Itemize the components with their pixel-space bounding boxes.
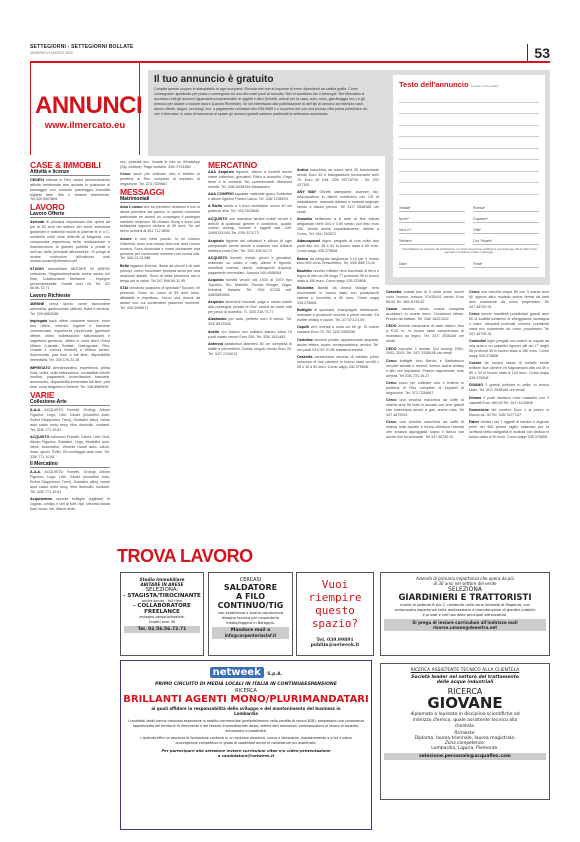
field-citta[interactable]: Città* bbox=[473, 223, 539, 234]
column-4: Antica macchina da cucire anni 30 funzio… bbox=[297, 168, 379, 372]
classified-ad: Faber Johann set 7 oggetti di bambù e ar… bbox=[469, 420, 549, 440]
classified-ad: Bottiglie di spumanti, champagne, lambru… bbox=[297, 308, 379, 323]
classified-ad: Cartoline vecchie privato appassionato a… bbox=[297, 338, 379, 353]
classified-ad: Cerco bottiglie vino Barolo e Barbaresco… bbox=[386, 359, 464, 379]
section-title: VARIE bbox=[30, 393, 110, 398]
subsection-title: Attività e licenze bbox=[30, 170, 110, 176]
text-line[interactable] bbox=[399, 126, 539, 138]
classified-ad: Comodini legni pregiati con marmi la cop… bbox=[469, 339, 549, 359]
classified-ad: Cerco una vecchia macchina da caffè di o… bbox=[386, 398, 464, 418]
field-data[interactable]: Data* bbox=[399, 257, 465, 268]
classified-ad: Amo L'uomo che sa prendere decisioni e n… bbox=[120, 205, 200, 234]
section-title: LAVORO bbox=[30, 205, 110, 210]
classified-ad: Cerco socio per coltivare orto e fruttet… bbox=[120, 172, 200, 187]
classified-ad: ACQUISTO fumetti, riviste, giochi e gioc… bbox=[208, 256, 292, 276]
classified-ad: Alzabimbo per auto, perfetto euro 8 vend… bbox=[208, 317, 292, 327]
classified-ad: Amore è una bella parola. Io mi chiamo G… bbox=[120, 237, 200, 262]
text-line[interactable] bbox=[399, 114, 539, 126]
classified-ad: Acquisto strumenti musicali, pago e valu… bbox=[208, 300, 292, 315]
classified-ad: 46ENNE cerca lavoro come banconiere salu… bbox=[30, 302, 110, 317]
field-cod-fiscale[interactable]: Cod. Fiscale* bbox=[473, 234, 539, 245]
text-line[interactable] bbox=[399, 160, 539, 172]
classified-ad: Bauletto vecchio militare nero borchiato… bbox=[297, 269, 379, 284]
ad-acquaflex: RICERCA ASSISTENTE TECNICO ALLA CLIENTEL… bbox=[380, 663, 550, 800]
form-fields-bottom: Data* Firma* bbox=[399, 257, 539, 268]
field-rubrica[interactable]: Rubrica* bbox=[473, 201, 539, 212]
classified-ad: STAI cercando qualcuno di speciale? Ecco… bbox=[120, 286, 200, 311]
ad-email[interactable]: selezione.personale@acquaflex.com bbox=[384, 753, 546, 760]
classified-ad: Antica macchina da cucire anni 30 funzio… bbox=[297, 168, 379, 188]
classified-ad: CEDESI edicola in Rho causa pensionament… bbox=[30, 178, 110, 203]
classified-ad: ACQUISTO collezioni Fumetti, Dischi, Lib… bbox=[30, 435, 110, 460]
classified-ad: Acquisto fumetti vecchi dal 1930 al 1970… bbox=[208, 278, 292, 298]
ad-phone[interactable]: Tel. 02.56.56.72.71 bbox=[124, 626, 200, 633]
subsection-title: Matrimoniali bbox=[120, 197, 200, 203]
subsection-title: Il Mercatino bbox=[30, 462, 110, 468]
classified-ad: AAA COMPRO squadre materiale gioco Subbu… bbox=[208, 192, 292, 202]
text-line[interactable] bbox=[399, 137, 539, 149]
column-1: CASE & IMMOBILI Attività e licenze CEDES… bbox=[30, 160, 110, 514]
brand-website[interactable]: www.ilmercato.eu bbox=[30, 120, 140, 131]
classified-ad: A.A.A. ACQUISTO Fumetti, Orologi, Album … bbox=[30, 408, 110, 433]
ad-abitare-arese: Studio Immobiliare ABITARE IN ARESE SELE… bbox=[120, 572, 204, 656]
text-line[interactable] bbox=[399, 183, 539, 195]
form-title: Testo dell'annuncio (massimo 20 parole) bbox=[399, 80, 539, 89]
privacy-note: * Dati obbligatori per consentire alla p… bbox=[399, 248, 539, 254]
netweek-logo: netweek bbox=[210, 667, 264, 678]
classified-ad: Attaccapanni legno pregiato di una volta… bbox=[297, 239, 379, 254]
classified-ad: Bella ragazza 40enne, libera da vincoli … bbox=[120, 264, 200, 284]
classified-ad: ACQUISTO con massima serietà mobili vecc… bbox=[208, 217, 292, 237]
page-header: SETTEGIORNI - SETTEGIORNI BOLLATE VENERD… bbox=[30, 44, 550, 63]
classified-ad: Domeniche del corriere Euro 1 al pezzo i… bbox=[469, 408, 549, 418]
classified-ad: Cerco vecchi manifesti pubblicitari gran… bbox=[469, 312, 549, 337]
classified-ad: Causa trasloco vendo cucina completa acc… bbox=[386, 307, 464, 322]
field-via[interactable]: Via e n°* bbox=[399, 223, 465, 234]
text-line[interactable] bbox=[399, 149, 539, 161]
text-line[interactable] bbox=[399, 91, 539, 103]
classified-ad: Cerco una vecchia vespa 50 con 3 marce a… bbox=[469, 290, 549, 310]
column-6: Cerco una vecchia vespa 50 con 3 marce a… bbox=[469, 290, 549, 442]
text-line[interactable] bbox=[399, 103, 539, 115]
classified-ad: Antenna parabolica diametro 80 cm comple… bbox=[208, 342, 292, 357]
coupon-instructions: Compila questo coupon in stampatello in … bbox=[154, 87, 372, 117]
field-telefono[interactable]: Telefono* bbox=[399, 234, 465, 245]
classified-ad: Capelli veri, mortati a coda cm 60 gr. 7… bbox=[297, 325, 379, 335]
classified-ad: Impiegata back office/ customer service,… bbox=[30, 319, 110, 363]
classified-ad: Bicicletta Bartali da donna vintage nera… bbox=[297, 286, 379, 306]
classified-ad: CEDO raccolta 3 annate Qui touring 2001,… bbox=[386, 347, 464, 357]
classified-ad: ANY WAY Olivetti stampante, scanner, fax… bbox=[297, 190, 379, 215]
trova-lavoro-title: TROVA LAVORO bbox=[117, 546, 253, 567]
classified-ad: Azienda di primaria importanza che opera… bbox=[30, 220, 110, 264]
classified-ad: Anello oro bianco con solitario bianco e… bbox=[208, 330, 292, 340]
classified-ad: Cucine da campo cassa di metallo verde m… bbox=[469, 361, 549, 381]
classified-ad: Divano 2 posti struttura noce massello c… bbox=[469, 396, 549, 406]
subsection-title: Lavoro Richieste bbox=[30, 294, 110, 300]
column-3: MERCATINO AAA Acquisto figurine, album e… bbox=[208, 160, 292, 359]
ad-email[interactable]: publiin@netweek.it bbox=[297, 643, 373, 648]
form-fields: Testata* Rubrica* Nome* Cognome* Via e n… bbox=[399, 201, 539, 245]
subsection-title: Lavoro Offerte bbox=[30, 212, 110, 218]
section-title: MERCATINO bbox=[208, 163, 292, 168]
page-number: 53 bbox=[527, 44, 550, 62]
ad-netweek: netweek S.p.A. PRIMO CIRCUITO DI MEDIA L… bbox=[120, 660, 372, 830]
classified-ad: Acquisto figurine dei calciatori e album… bbox=[208, 239, 292, 254]
classified-ad: Armadio bellissimo a 6 ante di fine fatt… bbox=[297, 217, 379, 237]
classified-ad: CEDO diverse mantovane di varie misure, … bbox=[386, 324, 464, 344]
ad-email[interactable]: info@carpenteriaclaf.it bbox=[213, 633, 288, 638]
classified-ad-continued: sco, pesetas ecc. Inviate le foto su Wha… bbox=[120, 160, 200, 170]
classified-ad: STUDIO Immobiliare ABITARE IN ARESE sele… bbox=[30, 267, 110, 292]
subsection-title: Collezione-Arte bbox=[30, 400, 110, 406]
classified-ad: IMPIEGATO Amministrativo esperienza prim… bbox=[30, 366, 110, 391]
field-testata[interactable]: Testata* bbox=[399, 201, 465, 212]
classified-ad: Banco da telegrafo lunghezza 2.10 per 2 … bbox=[297, 257, 379, 267]
coupon-form: Testo dell'annuncio (massimo 20 parole) … bbox=[393, 75, 545, 277]
classified-ad: DIVANO 2 grandi poltrone in pelle, in bu… bbox=[469, 383, 549, 393]
field-nome[interactable]: Nome* bbox=[399, 212, 465, 223]
classified-ad: Cerco una vecchia macchina da caffè di o… bbox=[386, 420, 464, 440]
classified-ad: AAA Acquisto figurine, album e fumetti a… bbox=[208, 170, 292, 190]
ad-spazio: Vuoi riempire questo spazio? Tel. 039.99… bbox=[296, 572, 374, 656]
field-firma[interactable]: Firma* bbox=[473, 257, 539, 268]
classified-ad: Cassetta vendemmia vecchia di metallo pr… bbox=[297, 355, 379, 370]
publication-name: SETTEGIORNI - SETTEGIORNI BOLLATE bbox=[30, 44, 550, 50]
ad-email[interactable]: risorse.umane@demetra.net bbox=[385, 625, 545, 630]
classified-ad: A.A.A. ACQUISTO Fumetti, Orologi, Album … bbox=[30, 470, 110, 495]
ad-giardinieri: Azienda di primaria importanza che opera… bbox=[380, 572, 550, 656]
text-line[interactable] bbox=[399, 172, 539, 184]
classified-ad: Acquistiamo vecchie bottiglie (sigillate… bbox=[30, 497, 110, 512]
ad-email[interactable]: Per partecipare alla selezione inviare c… bbox=[161, 748, 331, 758]
section-title: CASE & IMMOBILI bbox=[30, 163, 110, 168]
classified-ad: Cerco socio per coltivare orto e fruttet… bbox=[386, 381, 464, 396]
ad-saldatore: CERCASI SALDATORE A FILO CONTINUO/TIG co… bbox=[208, 572, 293, 656]
field-cognome[interactable]: Cognome* bbox=[473, 212, 539, 223]
classified-ad: A Biella vendo a 5 euro ventilatore nuov… bbox=[208, 204, 292, 214]
column-2: sco, pesetas ecc. Inviate le foto su Wha… bbox=[120, 160, 200, 313]
publication-date: VENERDÌ 13 MARZO 2020 bbox=[30, 51, 550, 55]
brand-title: ANNUNCI bbox=[35, 94, 135, 118]
section-title: MESSAGGI bbox=[120, 190, 200, 195]
classified-ad: Cassetto postali box di 5 unità come nuo… bbox=[386, 290, 464, 305]
column-5: Cassetto postali box di 5 unità come nuo… bbox=[386, 290, 464, 442]
